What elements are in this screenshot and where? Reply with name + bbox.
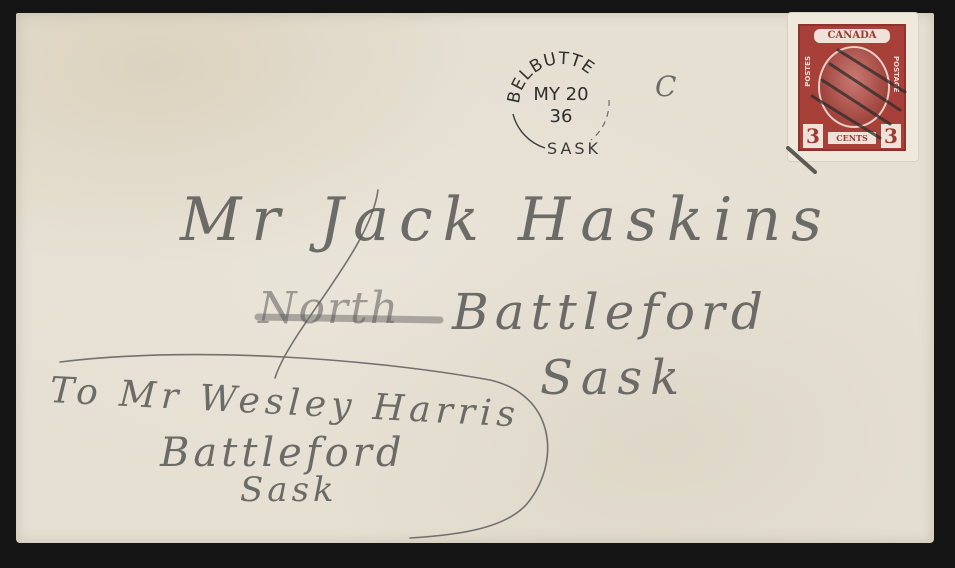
struck-out-word: North: [258, 283, 400, 334]
recipient-name: Mr Jack Haskins: [180, 185, 832, 255]
recipient-city: Battleford: [452, 283, 769, 341]
recipient-province: Sask: [540, 350, 687, 406]
pencil-annotation: C: [655, 70, 678, 103]
forwarding-line-3: Sask: [240, 470, 338, 510]
